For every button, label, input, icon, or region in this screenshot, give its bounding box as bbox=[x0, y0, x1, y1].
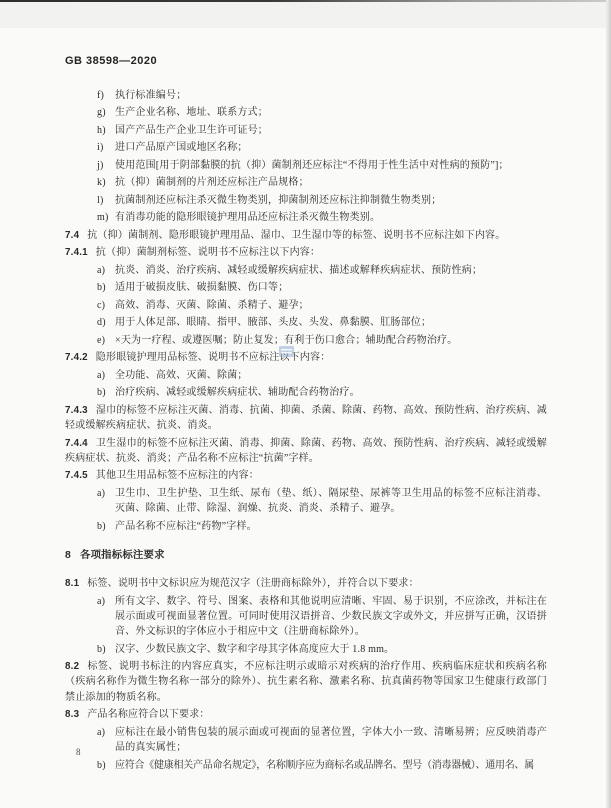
item-text: 汉字、少数民族文字、数字和字母其字体高度应大于 1.8 mm。 bbox=[115, 642, 547, 657]
item-text: 治疗疾病、减轻或缓解疾病症状、辅助配合药物治疗。 bbox=[115, 385, 547, 400]
item-label: c) bbox=[97, 298, 115, 313]
item-label: f) bbox=[97, 88, 115, 103]
scan-band-top bbox=[0, 2, 611, 28]
item-label: b) bbox=[97, 642, 115, 657]
item-label: a) bbox=[97, 486, 115, 517]
list-item-g: g) 生产企业名称、地址、联系方式； bbox=[97, 105, 547, 120]
clause-number: 7.4.2 bbox=[65, 352, 88, 363]
item-text: 使用范围[用于阴部黏膜的抗（抑）菌制剂还应标注“不得用于性生活中对性病的预防”]… bbox=[115, 158, 547, 173]
item-8-3-b: b) 应符合《健康相关产品命名规定》，名称顺序应为商标名或品牌名、型号（消毒器械… bbox=[97, 758, 547, 773]
page-number: 8 bbox=[76, 747, 81, 757]
clause-text: 标签、说明书中文标识应为规范汉字（注册商标除外），并符合以下要求： bbox=[87, 578, 419, 589]
list-item-k: k) 抗（抑）菌制剂的片剂还应标注产品规格； bbox=[97, 175, 547, 190]
item-text: 适用于破损皮肤、破损黏膜、伤口等； bbox=[115, 280, 547, 295]
item-text: 应符合《健康相关产品命名规定》，名称顺序应为商标名或品牌名、型号（消毒器械）、通… bbox=[115, 758, 547, 773]
item-text: ×天为一疗程、或遵医嘱；防止复发；有利于伤口愈合；辅助配合药物治疗。 bbox=[115, 333, 547, 348]
clause-number: 8.2 bbox=[65, 661, 79, 672]
item-text: 生产企业名称、地址、联系方式； bbox=[115, 105, 547, 120]
item-text: 所有文字、数字、符号、图案、表格和其他说明应清晰、牢固、易于识别，不应涂改，并标… bbox=[115, 594, 547, 640]
section-title: 各项指标标注要求 bbox=[80, 550, 165, 561]
page-content: GB 38598—2020 f) 执行标准编号； g) 生产企业名称、地址、联系… bbox=[65, 55, 547, 775]
item-label: m) bbox=[97, 210, 115, 225]
item-label: l) bbox=[97, 193, 115, 208]
item-label: d) bbox=[97, 315, 115, 330]
item-text: 国产产品生产企业卫生许可证号； bbox=[115, 123, 547, 138]
clause-number: 7.4 bbox=[65, 230, 79, 241]
item-label: j) bbox=[97, 158, 115, 173]
item-label: b) bbox=[97, 758, 115, 773]
list-item-m: m) 有消毒功能的隐形眼镜护理用品还应标注杀灭微生物类别。 bbox=[97, 210, 547, 225]
clause-8-3: 8.3产品名称应符合以下要求： bbox=[65, 707, 547, 722]
list-item-f: f) 执行标准编号； bbox=[97, 88, 547, 103]
item-8-3-a: a) 应标注在最小销售包装的展示面或可视面的显著位置，字体大小一致、清晰易辨；应… bbox=[97, 725, 547, 756]
item-label: a) bbox=[97, 594, 115, 640]
list-item-h: h) 国产产品生产企业卫生许可证号； bbox=[97, 123, 547, 138]
item-8-1-a: a) 所有文字、数字、符号、图案、表格和其他说明应清晰、牢固、易于识别，不应涂改… bbox=[97, 594, 547, 640]
item-label: i) bbox=[97, 140, 115, 155]
clause-8-1: 8.1标签、说明书中文标识应为规范汉字（注册商标除外），并符合以下要求： bbox=[65, 576, 547, 591]
item-7-4-1-e: e) ×天为一疗程、或遵医嘱；防止复发；有利于伤口愈合；辅助配合药物治疗。 bbox=[97, 333, 547, 348]
clause-7-4-2: 7.4.2隐形眼镜护理用品标签、说明书不应标注以下内容： bbox=[65, 350, 547, 365]
item-text: 有消毒功能的隐形眼镜护理用品还应标注杀灭微生物类别。 bbox=[115, 210, 547, 225]
item-label: b) bbox=[97, 519, 115, 534]
list-item-l: l) 抗菌制剂还应标注杀灭微生物类别，抑菌制剂还应标注抑制微生物类别； bbox=[97, 193, 547, 208]
clause-text: 抗（抑）菌制剂标签、说明书不应标注以下内容： bbox=[96, 247, 320, 258]
item-label: h) bbox=[97, 123, 115, 138]
item-7-4-1-c: c) 高效、消毒、灭菌、除菌、杀精子、避孕； bbox=[97, 298, 547, 313]
clause-text: 产品名称应符合以下要求： bbox=[87, 709, 209, 720]
item-text: 产品名称不应标注“药物”字样。 bbox=[115, 519, 547, 534]
item-text: 进口产品原产国或地区名称； bbox=[115, 140, 547, 155]
item-text: 用于人体足部、眼睛、指甲、腋部、头皮、头发、鼻黏膜、肛肠部位； bbox=[115, 315, 547, 330]
item-text: 卫生巾、卫生护垫、卫生纸、尿布（垫、纸）、隔尿垫、尿裤等卫生用品的标签不应标注消… bbox=[115, 486, 547, 517]
document-page: GB 38598—2020 f) 执行标准编号； g) 生产企业名称、地址、联系… bbox=[0, 0, 611, 808]
section-8-heading: 8各项指标标注要求 bbox=[65, 548, 547, 563]
item-8-1-b: b) 汉字、少数民族文字、数字和字母其字体高度应大于 1.8 mm。 bbox=[97, 642, 547, 657]
watermark-stamp bbox=[279, 346, 294, 357]
section-number: 8 bbox=[65, 550, 71, 561]
item-7-4-5-b: b) 产品名称不应标注“药物”字样。 bbox=[97, 519, 547, 534]
clause-text: 标签、说明书标注的内容应真实，不应标注明示或暗示对疾病的治疗作用、疾病临床症状和… bbox=[65, 661, 547, 703]
item-text: 抗菌制剂还应标注杀灭微生物类别，抑菌制剂还应标注抑制微生物类别； bbox=[115, 193, 547, 208]
item-label: b) bbox=[97, 385, 115, 400]
item-text: 全功能、高效、灭菌、除菌； bbox=[115, 368, 547, 383]
item-label: a) bbox=[97, 368, 115, 383]
clause-7-4-4: 7.4.4卫生湿巾的标签不应标注灭菌、消毒、抑菌、除菌、药物、高效、预防性病、治… bbox=[65, 436, 547, 467]
list-item-j: j) 使用范围[用于阴部黏膜的抗（抑）菌制剂还应标注“不得用于性生活中对性病的预… bbox=[97, 158, 547, 173]
item-text: 抗（抑）菌制剂的片剂还应标注产品规格； bbox=[115, 175, 547, 190]
item-label: g) bbox=[97, 105, 115, 120]
list-item-i: i) 进口产品原产国或地区名称； bbox=[97, 140, 547, 155]
clause-text: 湿巾的标签不应标注灭菌、消毒、抗菌、抑菌、杀菌、除菌、药物、高效、预防性病、治疗… bbox=[65, 405, 547, 431]
item-label: e) bbox=[97, 333, 115, 348]
clause-7-4-3: 7.4.3湿巾的标签不应标注灭菌、消毒、抗菌、抑菌、杀菌、除菌、药物、高效、预防… bbox=[65, 403, 547, 434]
item-text: 高效、消毒、灭菌、除菌、杀精子、避孕； bbox=[115, 298, 547, 313]
clause-number: 7.4.5 bbox=[65, 470, 88, 481]
item-7-4-1-d: d) 用于人体足部、眼睛、指甲、腋部、头皮、头发、鼻黏膜、肛肠部位； bbox=[97, 315, 547, 330]
clause-number: 7.4.4 bbox=[65, 438, 88, 449]
standard-code-header: GB 38598—2020 bbox=[65, 55, 547, 67]
item-7-4-2-b: b) 治疗疾病、减轻或缓解疾病症状、辅助配合药物治疗。 bbox=[97, 385, 547, 400]
scan-edge-right bbox=[606, 0, 611, 808]
item-text: 应标注在最小销售包装的展示面或可视面的显著位置，字体大小一致、清晰易辨；应反映消… bbox=[115, 725, 547, 756]
clause-text: 隐形眼镜护理用品标签、说明书不应标注以下内容： bbox=[96, 352, 331, 363]
item-label: a) bbox=[97, 725, 115, 756]
item-label: a) bbox=[97, 263, 115, 278]
item-7-4-1-a: a) 抗炎、消炎、治疗疾病、减轻或缓解疾病症状、描述或解释疾病症状、预防性病； bbox=[97, 263, 547, 278]
clause-8-2: 8.2标签、说明书标注的内容应真实，不应标注明示或暗示对疾病的治疗作用、疾病临床… bbox=[65, 659, 547, 705]
clause-7-4-5: 7.4.5其他卫生用品标签不应标注的内容： bbox=[65, 468, 547, 483]
clause-7-4-1: 7.4.1抗（抑）菌制剂标签、说明书不应标注以下内容： bbox=[65, 245, 547, 260]
clause-number: 8.3 bbox=[65, 709, 79, 720]
clause-text: 抗（抑）菌制剂、隐形眼镜护理用品、湿巾、卫生湿巾等的标签、说明书不应标注如下内容… bbox=[87, 230, 505, 241]
clause-number: 7.4.3 bbox=[65, 405, 88, 416]
item-label: k) bbox=[97, 175, 115, 190]
clause-text: 卫生湿巾的标签不应标注灭菌、消毒、抑菌、除菌、药物、高效、预防性病、治疗疾病、减… bbox=[65, 438, 547, 464]
clause-7-4: 7.4抗（抑）菌制剂、隐形眼镜护理用品、湿巾、卫生湿巾等的标签、说明书不应标注如… bbox=[65, 228, 547, 243]
clause-number: 8.1 bbox=[65, 578, 79, 589]
clause-number: 7.4.1 bbox=[65, 247, 88, 258]
clause-text: 其他卫生用品标签不应标注的内容： bbox=[96, 470, 259, 481]
item-7-4-5-a: a) 卫生巾、卫生护垫、卫生纸、尿布（垫、纸）、隔尿垫、尿裤等卫生用品的标签不应… bbox=[97, 486, 547, 517]
item-text: 抗炎、消炎、治疗疾病、减轻或缓解疾病症状、描述或解释疾病症状、预防性病； bbox=[115, 263, 547, 278]
item-label: b) bbox=[97, 280, 115, 295]
item-text: 执行标准编号； bbox=[115, 88, 547, 103]
item-7-4-1-b: b) 适用于破损皮肤、破损黏膜、伤口等； bbox=[97, 280, 547, 295]
item-7-4-2-a: a) 全功能、高效、灭菌、除菌； bbox=[97, 368, 547, 383]
